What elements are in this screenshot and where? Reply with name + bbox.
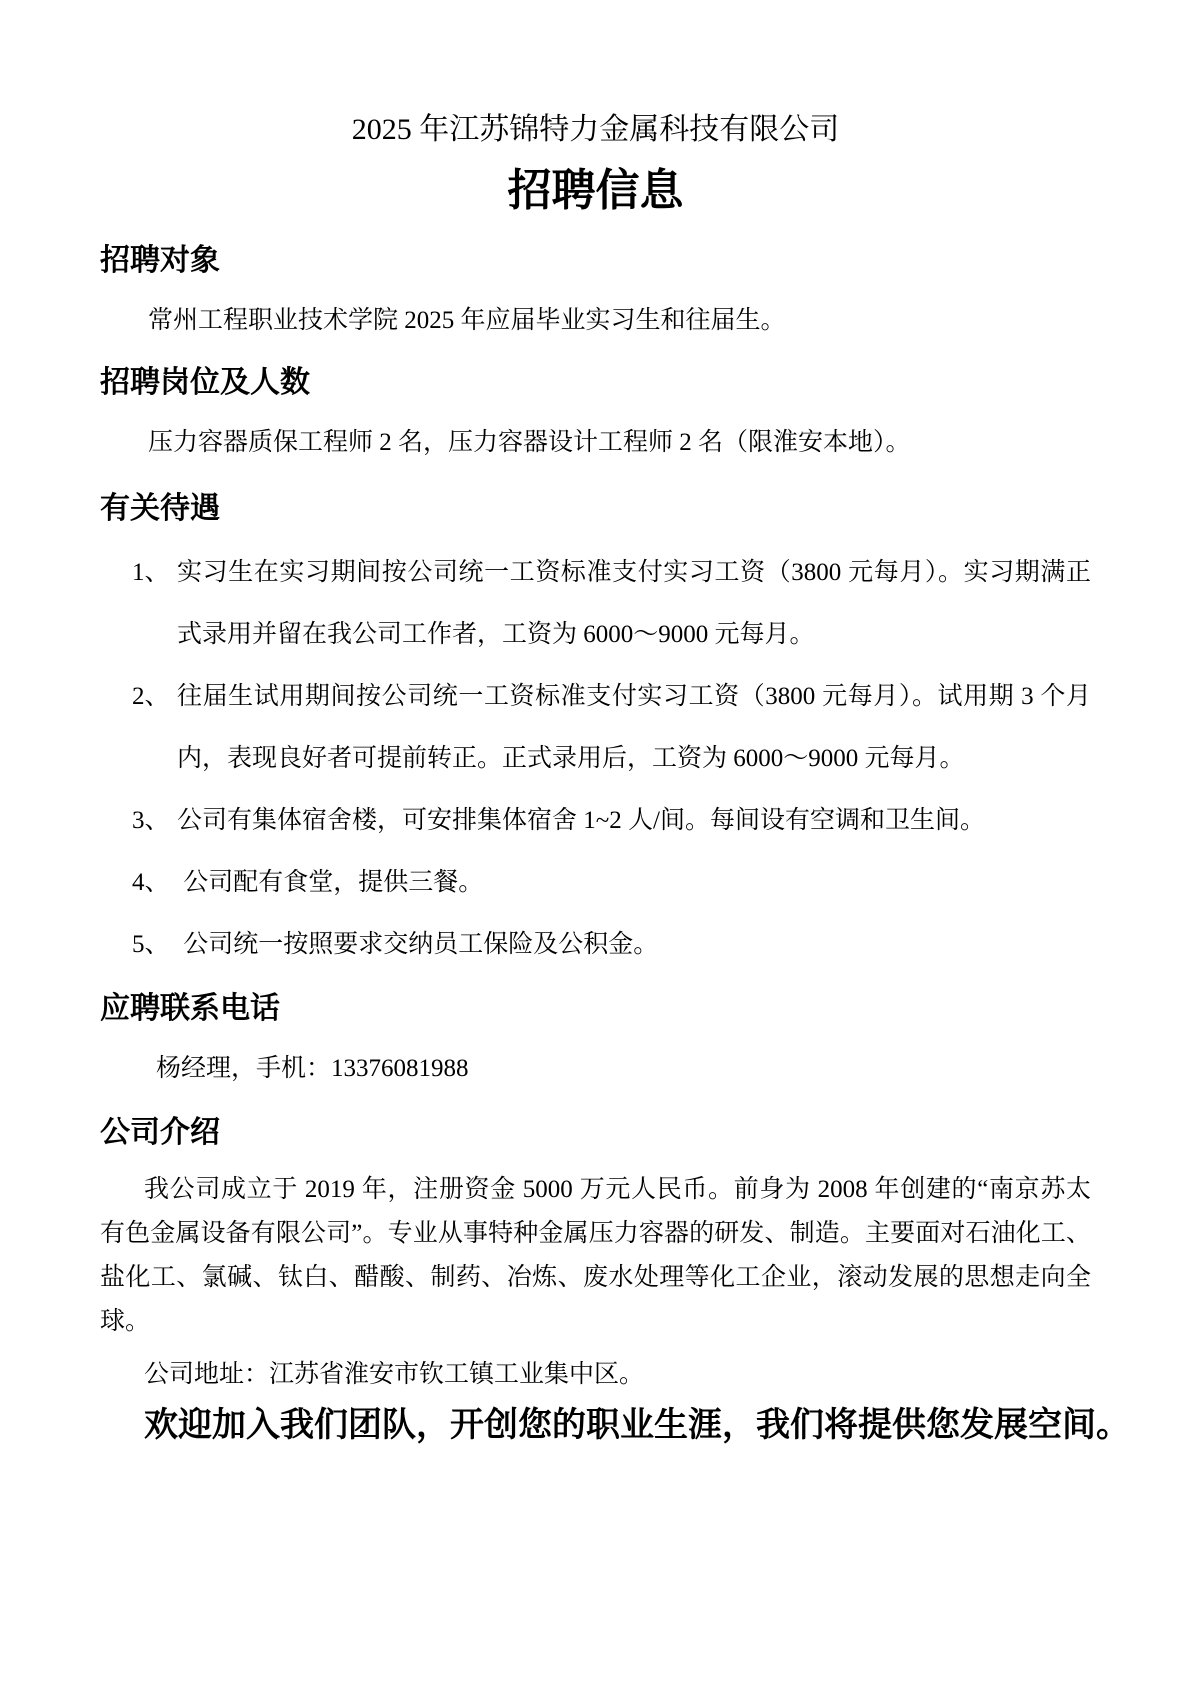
list-item-text: 往届生试用期间按公司统一工资标准支付实习工资（3800 元每月）。试用期 3 个…: [177, 666, 1091, 790]
para-positions: 压力容器质保工程师 2 名，压力容器设计工程师 2 名（限淮安本地）。: [100, 422, 1091, 464]
section-heading-benefits: 有关待遇: [100, 488, 1091, 530]
list-item-text: 公司配有食堂，提供三餐。: [177, 852, 1091, 914]
list-item-number: 4、: [132, 852, 177, 914]
list-item-text: 公司有集体宿舍楼，可安排集体宿舍 1~2 人/间。每间设有空调和卫生间。: [177, 790, 1091, 852]
list-item-number: 1、: [132, 542, 177, 604]
list-item-text: 实习生在实习期间按公司统一工资标准支付实习工资（3800 元每月）。实习期满正式…: [177, 542, 1091, 666]
section-heading-company-intro: 公司介绍: [100, 1112, 1091, 1154]
para-company-address: 公司地址：江苏省淮安市钦工镇工业集中区。: [100, 1354, 1091, 1396]
list-item: 4、 公司配有食堂，提供三餐。: [132, 852, 1091, 914]
welcome-line: 欢迎加入我们团队，开创您的职业生涯，我们将提供您发展空间。: [100, 1402, 1091, 1448]
doc-subtitle: 招聘信息: [100, 162, 1091, 220]
list-item-number: 5、: [132, 914, 177, 976]
para-company-intro: 我公司成立于 2019 年，注册资金 5000 万元人民币。前身为 2008 年…: [100, 1168, 1091, 1344]
benefits-list: 1、 实习生在实习期间按公司统一工资标准支付实习工资（3800 元每月）。实习期…: [100, 542, 1091, 976]
list-item-number: 3、: [132, 790, 177, 852]
list-item: 3、 公司有集体宿舍楼，可安排集体宿舍 1~2 人/间。每间设有空调和卫生间。: [132, 790, 1091, 852]
section-heading-recruitment-target: 招聘对象: [100, 240, 1091, 282]
document-page: 2025 年江苏锦特力金属科技有限公司 招聘信息 招聘对象 常州工程职业技术学院…: [0, 0, 1191, 1684]
list-item-number: 2、: [132, 666, 177, 728]
para-recruitment-target: 常州工程职业技术学院 2025 年应届毕业实习生和往届生。: [100, 300, 1091, 342]
section-heading-positions: 招聘岗位及人数: [100, 362, 1091, 404]
section-heading-contact: 应聘联系电话: [100, 988, 1091, 1030]
para-contact-phone: 杨经理，手机：13376081988: [100, 1048, 1091, 1090]
doc-title: 2025 年江苏锦特力金属科技有限公司: [100, 108, 1091, 152]
list-item-text: 公司统一按照要求交纳员工保险及公积金。: [177, 914, 1091, 976]
list-item: 1、 实习生在实习期间按公司统一工资标准支付实习工资（3800 元每月）。实习期…: [132, 542, 1091, 666]
list-item: 5、 公司统一按照要求交纳员工保险及公积金。: [132, 914, 1091, 976]
list-item: 2、 往届生试用期间按公司统一工资标准支付实习工资（3800 元每月）。试用期 …: [132, 666, 1091, 790]
